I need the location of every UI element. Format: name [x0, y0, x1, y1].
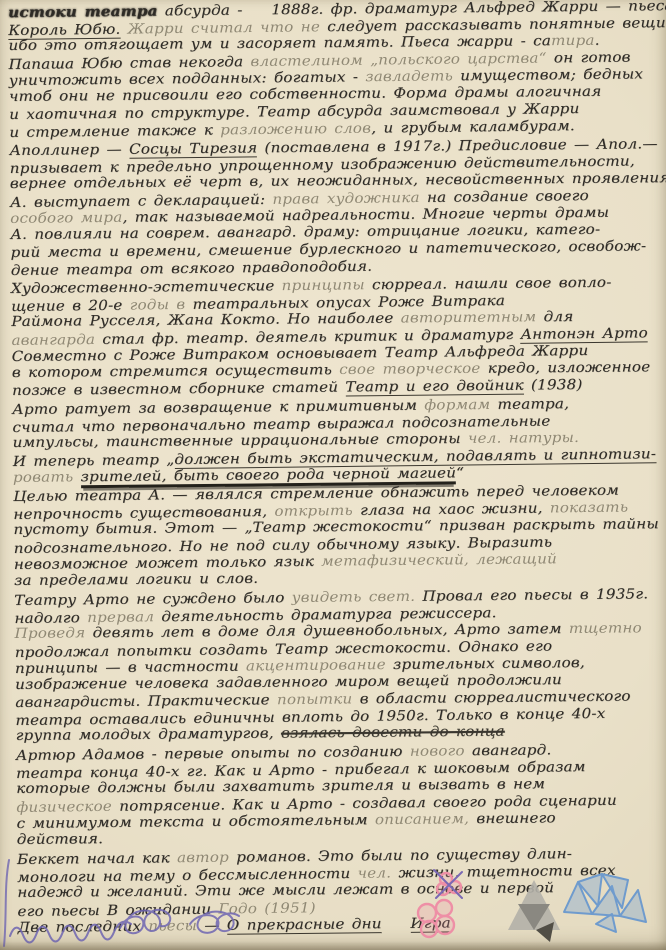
- text-segment: театра,: [490, 396, 569, 413]
- text-segment: изображение человека задавленного миром …: [15, 672, 562, 693]
- text-segment-u: Антонэн Арто: [520, 325, 648, 344]
- paragraph: Аполлинер — Сосцы Тирезия (поставлена в …: [9, 136, 658, 279]
- text-segment: Раймона Русселя, Жана Кокто. Но наиболее: [11, 311, 401, 330]
- text-segment-pencil: описанием,: [375, 811, 469, 828]
- text-segment: авангардисты. Практические: [15, 692, 277, 711]
- text-segment: за пределами логики и слов.: [14, 571, 258, 589]
- text-segment-pencil: Проведя: [15, 625, 86, 642]
- text-segment-pencil: завладеть: [365, 68, 453, 85]
- text-segment-pencil: открыть: [274, 503, 353, 520]
- text-segment: имуществом; бедных: [453, 66, 643, 84]
- text-segment-pencil: тира: [551, 33, 595, 49]
- text-segment-pencil: прервал: [87, 609, 154, 626]
- text-segment: Папаша Юбю став некогда: [9, 54, 251, 73]
- text-segment-pencil: метафизический, лежащий: [321, 551, 557, 569]
- text-segment: позже в известном сборнике статей: [12, 379, 345, 398]
- text-segment: .: [595, 33, 600, 49]
- text-segment: зрительных символов,: [386, 655, 585, 673]
- text-segment: Беккет начал как: [17, 850, 177, 868]
- manuscript: истоки театра абсурда - 1888г. фр. драма…: [8, 0, 666, 939]
- paragraph: Арто ратует за возвращение к примитивным…: [12, 395, 661, 487]
- blue-pen-scribble: [4, 898, 254, 946]
- text-segment: внешнего: [469, 810, 556, 827]
- text-segment: Художественно-эстетические: [11, 278, 282, 297]
- text-segment-pencil: физическое: [16, 799, 112, 816]
- text-segment: [382, 916, 411, 932]
- pink-flower-doodle: [412, 866, 482, 940]
- text-segment-pencil: попытки: [277, 691, 353, 708]
- text-segment: , и грубым каламбурам.: [371, 118, 575, 136]
- text-segment-u: Сосцы Тирезия: [129, 140, 257, 158]
- text-segment-smudge: истоки театра: [8, 3, 158, 21]
- text-segment-pencil: чел. натуры.: [468, 430, 579, 447]
- paper-bottom-edge: [0, 941, 666, 950]
- text-segment: романов. Это были по существу длин-: [229, 846, 572, 866]
- text-segment-pencil: ровать: [13, 469, 74, 486]
- text-segment-pencil: властелином „польского царства“: [250, 50, 554, 70]
- text-segment-pencil: принципы: [282, 277, 365, 294]
- text-segment: дение театра от всякого правдоподобия.: [11, 259, 373, 279]
- paragraph: Артюр Адамов - первые опыты по созданию …: [16, 741, 665, 850]
- text-segment: Провал его пьесы в 1935г.: [415, 586, 648, 604]
- text-segment-pencil: автор: [177, 850, 229, 867]
- text-segment: в котором стремится осуществить: [12, 362, 339, 381]
- text-segment-pencil: увидеть свет.: [292, 589, 416, 606]
- text-segment-pencil: нового: [410, 743, 465, 760]
- text-segment-pencil: формам: [424, 397, 490, 414]
- text-segment-pencil: показать: [550, 500, 629, 517]
- paragraph: Художественно-эстетические принципы сюрр…: [11, 274, 660, 400]
- text-segment-pencil: права художника: [272, 190, 420, 208]
- text-segment: в области сюрреалистического: [352, 689, 630, 708]
- text-segment: импульсы, таинственные иррациональные ст…: [13, 431, 468, 451]
- blue-triangles-doodle: [556, 868, 651, 943]
- text-segment: А. выступает с декларацией:: [10, 192, 273, 211]
- text-segment-pencil: свое творческое: [339, 361, 480, 378]
- text-segment: авангард.: [465, 742, 552, 759]
- text-segment-pencil: годы в: [130, 297, 186, 314]
- text-segment-strike: взялась довести до конца: [281, 724, 505, 742]
- text-segment: кредо, изложенное: [480, 359, 650, 377]
- text-segment-pencil: авторитетным: [401, 309, 537, 326]
- paragraph: истоки театра абсурда - 1888г. фр. драма…: [8, 0, 657, 141]
- text-segment: [73, 469, 80, 485]
- text-segment-u: Театр и его двойник: [345, 378, 524, 397]
- text-segment-pencil: акцентирование: [246, 657, 386, 674]
- text-segment-pencil: особого мира: [10, 210, 122, 227]
- paragraph: Театру Арто не суждено было увидеть свет…: [14, 586, 664, 746]
- text-segment: он готов: [554, 50, 631, 67]
- text-segment: и стремление также к: [9, 122, 220, 141]
- text-segment: глаза на хаос жизни,: [353, 501, 550, 519]
- text-segment: И теперь театр „: [13, 452, 175, 470]
- text-segment-pencil: разложению слов: [220, 121, 371, 139]
- text-segment-pencil: тщетно: [569, 620, 642, 637]
- text-segment: сюрреал. нашли свое вопло-: [365, 275, 612, 294]
- text-segment: (1938): [524, 377, 583, 394]
- manuscript-page: истоки театра абсурда - 1888г. фр. драма…: [0, 0, 666, 950]
- text-segment-pencil: чел.: [357, 865, 391, 881]
- text-segment: Театру Арто не суждено было: [14, 590, 292, 609]
- text-segment: действия.: [17, 831, 104, 848]
- paragraph: Целью театра А. — являлся стремление обн…: [13, 482, 662, 591]
- blue-pen-edge-line: [0, 858, 14, 948]
- text-segment: на создание своего: [420, 188, 589, 206]
- text-segment-pencil: авангарда: [11, 332, 95, 349]
- text-segment: для: [536, 309, 573, 325]
- text-segment: группа молодых драматургов,: [16, 726, 281, 744]
- text-segment: “: [456, 465, 464, 481]
- text-segment: Аполлинер —: [9, 142, 129, 159]
